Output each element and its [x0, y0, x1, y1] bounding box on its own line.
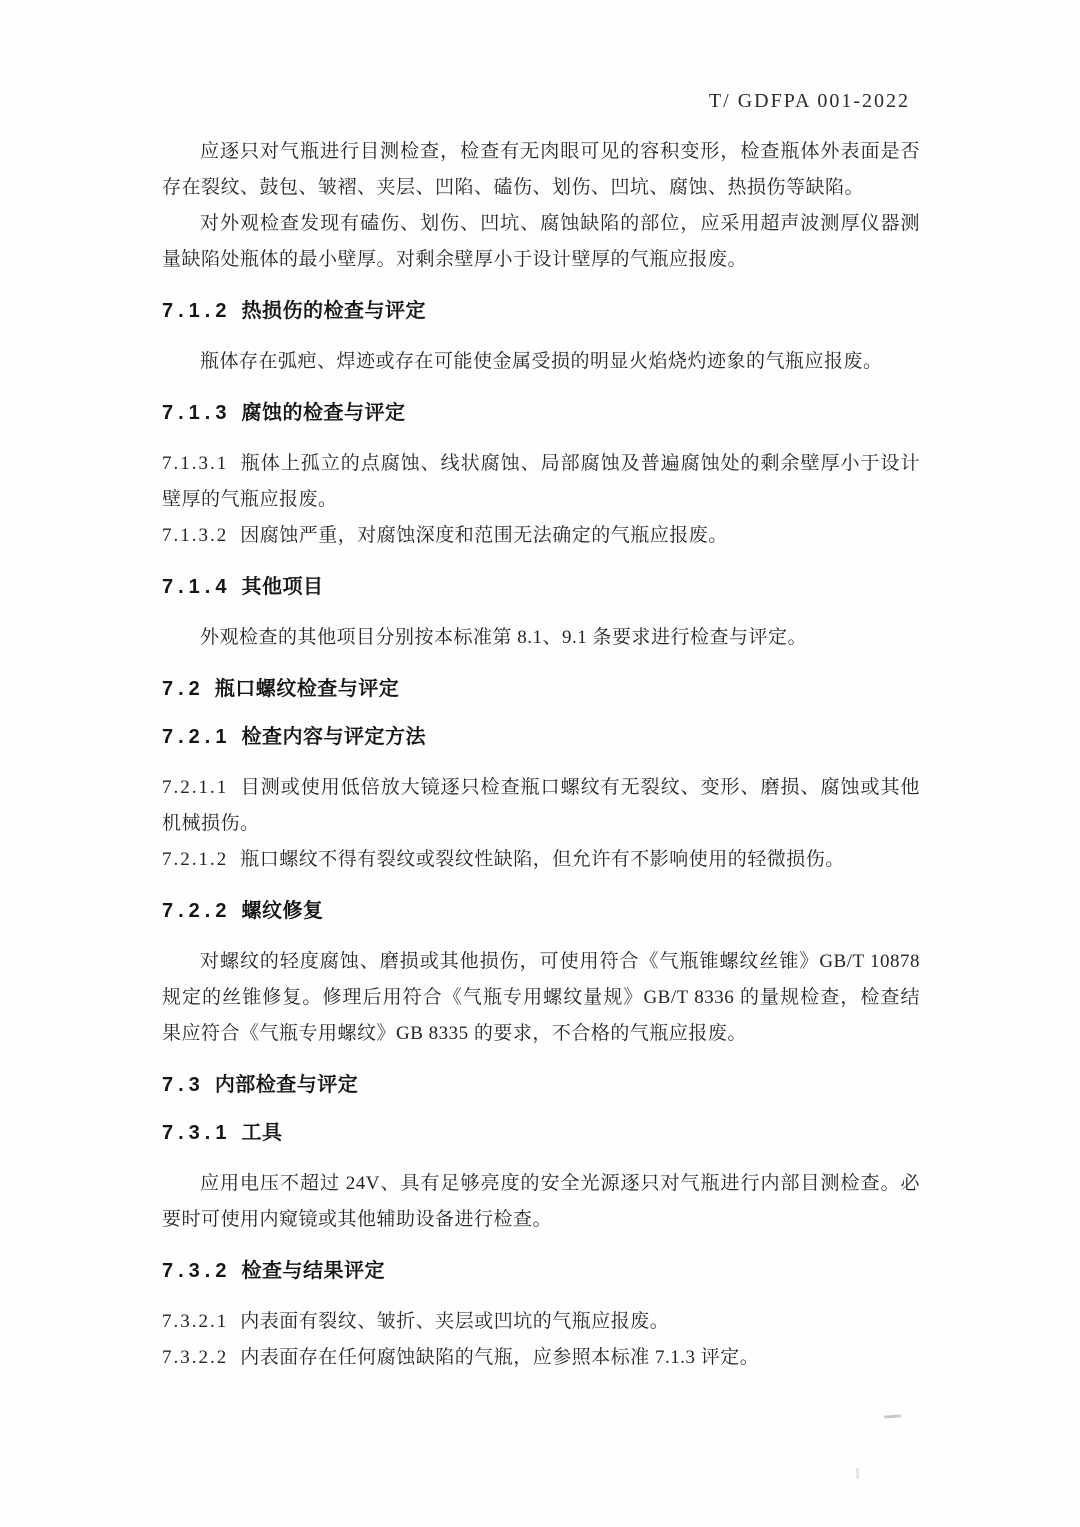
- heading-title: 内部检查与评定: [215, 1074, 359, 1096]
- heading-title: 螺纹修复: [241, 900, 323, 922]
- clause-text: 瓶体上孤立的点腐蚀、线状腐蚀、局部腐蚀及普遍腐蚀处的剩余壁厚小于设计壁厚的气瓶应…: [162, 453, 920, 510]
- clause-number: 7.1.3.1: [162, 453, 228, 474]
- document-code-header: T/ GDFPA 001-2022: [709, 90, 910, 113]
- section-heading-7-2: 7.2瓶口螺纹检查与评定: [162, 674, 920, 704]
- section-heading-7-2-1: 7.2.1检查内容与评定方法: [162, 722, 920, 752]
- heading-title: 检查与结果评定: [241, 1260, 385, 1282]
- heading-title: 瓶口螺纹检查与评定: [215, 678, 400, 700]
- clause-number: 7.3.2.1: [162, 1311, 228, 1332]
- heading-title: 其他项目: [241, 576, 323, 598]
- document-body: 应逐只对气瓶进行目测检查，检查有无肉眼可见的容积变形，检查瓶体外表面是否存在裂纹…: [162, 134, 920, 1376]
- heading-number: 7.3: [162, 1074, 205, 1096]
- paragraph: 应逐只对气瓶进行目测检查，检查有无肉眼可见的容积变形，检查瓶体外表面是否存在裂纹…: [162, 134, 920, 206]
- clause-7-3-2-1: 7.3.2.1内表面有裂纹、皱折、夹层或凹坑的气瓶应报废。: [162, 1304, 920, 1340]
- heading-title: 腐蚀的检查与评定: [241, 402, 405, 424]
- clause-7-1-3-2: 7.1.3.2因腐蚀严重，对腐蚀深度和范围无法确定的气瓶应报废。: [162, 518, 920, 554]
- paragraph: 对外观检查发现有磕伤、划伤、凹坑、腐蚀缺陷的部位，应采用超声波测厚仪器测量缺陷处…: [162, 206, 920, 278]
- heading-number: 7.2.2: [162, 900, 231, 922]
- clause-text: 因腐蚀严重，对腐蚀深度和范围无法确定的气瓶应报废。: [240, 525, 728, 546]
- heading-title: 检查内容与评定方法: [241, 726, 426, 748]
- clause-7-1-3-1: 7.1.3.1瓶体上孤立的点腐蚀、线状腐蚀、局部腐蚀及普遍腐蚀处的剩余壁厚小于设…: [162, 446, 920, 518]
- paragraph: 外观检查的其他项目分别按本标准第 8.1、9.1 条要求进行检查与评定。: [162, 620, 920, 656]
- clause-text: 目测或使用低倍放大镜逐只检查瓶口螺纹有无裂纹、变形、磨损、腐蚀或其他机械损伤。: [162, 777, 920, 834]
- section-heading-7-3-1: 7.3.1工具: [162, 1118, 920, 1148]
- clause-text: 内表面存在任何腐蚀缺陷的气瓶，应参照本标准 7.1.3 评定。: [240, 1347, 759, 1368]
- heading-number: 7.1.3: [162, 402, 231, 424]
- heading-number: 7.3.2: [162, 1260, 231, 1282]
- clause-7-3-2-2: 7.3.2.2内表面存在任何腐蚀缺陷的气瓶，应参照本标准 7.1.3 评定。: [162, 1340, 920, 1376]
- paragraph: 对螺纹的轻度腐蚀、磨损或其他损伤，可使用符合《气瓶锥螺纹丝锥》GB/T 1087…: [162, 944, 920, 1052]
- document-page: T/ GDFPA 001-2022 应逐只对气瓶进行目测检查，检查有无肉眼可见的…: [0, 0, 1080, 1527]
- heading-number: 7.2: [162, 678, 205, 700]
- heading-number: 7.1.2: [162, 300, 231, 322]
- clause-7-2-1-1: 7.2.1.1目测或使用低倍放大镜逐只检查瓶口螺纹有无裂纹、变形、磨损、腐蚀或其…: [162, 770, 920, 842]
- heading-title: 热损伤的检查与评定: [241, 300, 426, 322]
- clause-text: 瓶口螺纹不得有裂纹或裂纹性缺陷，但允许有不影响使用的轻微损伤。: [240, 849, 845, 870]
- heading-number: 7.3.1: [162, 1122, 231, 1144]
- clause-number: 7.2.1.1: [162, 777, 228, 798]
- section-heading-7-2-2: 7.2.2螺纹修复: [162, 896, 920, 926]
- clause-number: 7.1.3.2: [162, 525, 228, 546]
- section-heading-7-1-4: 7.1.4其他项目: [162, 572, 920, 602]
- paragraph: 应用电压不超过 24V、具有足够亮度的安全光源逐只对气瓶进行内部目测检查。必要时…: [162, 1166, 920, 1238]
- section-heading-7-1-3: 7.1.3腐蚀的检查与评定: [162, 398, 920, 428]
- section-heading-7-1-2: 7.1.2热损伤的检查与评定: [162, 296, 920, 326]
- scan-speck-artifact: [856, 1468, 859, 1479]
- heading-number: 7.1.4: [162, 576, 231, 598]
- clause-number: 7.3.2.2: [162, 1347, 228, 1368]
- section-heading-7-3-2: 7.3.2检查与结果评定: [162, 1256, 920, 1286]
- heading-title: 工具: [241, 1122, 282, 1144]
- clause-7-2-1-2: 7.2.1.2瓶口螺纹不得有裂纹或裂纹性缺陷，但允许有不影响使用的轻微损伤。: [162, 842, 920, 878]
- clause-text: 内表面有裂纹、皱折、夹层或凹坑的气瓶应报废。: [240, 1311, 669, 1332]
- scan-smudge-artifact: [884, 1414, 901, 1418]
- paragraph: 瓶体存在弧疤、焊迹或存在可能使金属受损的明显火焰烧灼迹象的气瓶应报废。: [162, 344, 920, 380]
- section-heading-7-3: 7.3内部检查与评定: [162, 1070, 920, 1100]
- heading-number: 7.2.1: [162, 726, 231, 748]
- clause-number: 7.2.1.2: [162, 849, 228, 870]
